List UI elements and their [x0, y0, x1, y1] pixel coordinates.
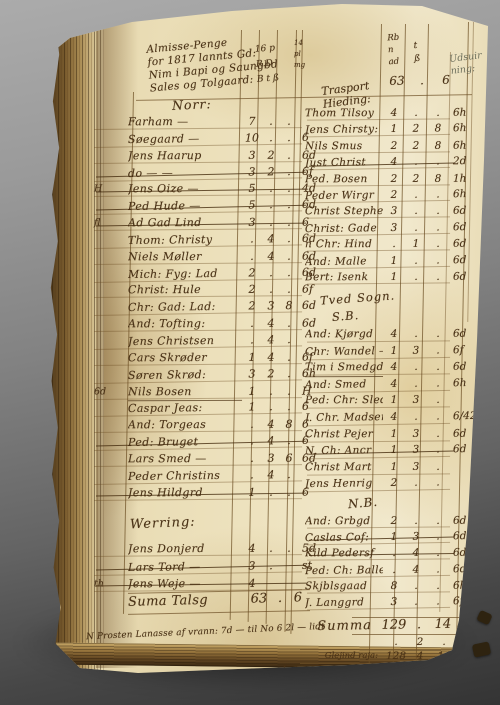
- amount-sk: .: [280, 215, 298, 232]
- entry-name: Peder Wirgr: [305, 188, 383, 205]
- amount-rbd: 2: [383, 514, 405, 530]
- margin-mark: [92, 559, 128, 577]
- amount-mark: 4: [262, 231, 280, 248]
- amount-mark: 2: [405, 139, 427, 155]
- amount-sk: .: [427, 204, 449, 220]
- ledger-row: Thom Tilsoy 4 . . 6h: [305, 106, 480, 123]
- entry-flag: [449, 459, 480, 476]
- amount-sk: [280, 556, 298, 574]
- amount-rbd: 4: [383, 377, 405, 394]
- amount-mark: 2: [410, 635, 430, 649]
- amount-mark: .: [405, 476, 427, 493]
- entry-name: Peder Christins: [128, 467, 242, 485]
- amount-sk: .: [280, 316, 298, 333]
- right-rows: Thom Tilsoy 4 . . 6h Jens Chirsty: 1 2 8…: [305, 106, 480, 286]
- amount-rbd: 1: [383, 270, 405, 286]
- section-heading-nb: N.B.: [347, 495, 378, 512]
- amount-rbd: 3: [242, 215, 262, 232]
- ledger-row: Ped Hude — 5 . . 6d: [92, 197, 332, 217]
- amount-mark: .: [405, 220, 427, 237]
- ledger-row: Caslas Cof: 1 3 . 6d: [305, 529, 480, 547]
- amount-rbd: 1: [383, 343, 405, 360]
- amount-mark: 4: [405, 546, 427, 562]
- amount-rbd: 7: [242, 114, 262, 131]
- ledger-row: Tim i Smedgd 4 . . 6d: [305, 360, 480, 377]
- amount-rbd: .: [383, 546, 405, 562]
- amount-rbd: 4: [383, 327, 405, 344]
- amount-mark: .: [411, 73, 433, 87]
- amount-rbd: 8: [383, 579, 405, 595]
- entry-flag: 6d: [449, 252, 480, 269]
- amount-mark: .: [405, 204, 427, 220]
- amount-sk: .: [427, 579, 449, 595]
- amount-mark: 2: [262, 366, 280, 383]
- ledger-row: Peder Wirgr 2 . . 6h: [305, 187, 480, 206]
- amount-rbd: .: [242, 316, 262, 333]
- amount-rbd: 1: [383, 122, 405, 139]
- amount-mark: .: [262, 197, 280, 214]
- left-rows-werring: Jens Donjerd 4 . . 5d Lars Tord — 3 . st: [92, 540, 332, 593]
- entry-flag: 6h: [449, 138, 480, 154]
- amount-sk: .: [427, 546, 449, 562]
- ledger-row: And: Kjørgd 4 . . 6d: [305, 327, 480, 344]
- amount-rbd: .: [242, 417, 262, 434]
- currency-abbrev: 16 p: [254, 41, 277, 57]
- amount-sk: .: [427, 343, 449, 360]
- margin-mark: [92, 350, 128, 367]
- entry-flag: 6d: [449, 220, 480, 237]
- amount-rbd: .: [242, 332, 262, 349]
- amount-mark: .: [405, 253, 427, 270]
- ledger-row: Caspar Jeas: 1 . . 6: [92, 399, 332, 419]
- amount-rbd: 1: [242, 484, 262, 501]
- entry-name: Lars Smed —: [128, 451, 242, 468]
- amount-sk: .: [427, 106, 449, 122]
- amount-mark: 2: [405, 171, 427, 187]
- margin-mark: [92, 435, 128, 452]
- ledger-row: Christ Stephes 3 . . 6d: [305, 204, 480, 221]
- margin-mark: [92, 540, 128, 558]
- amount-mark: .: [405, 106, 427, 122]
- ledger-row: n Chr: Hind . 1 . 6d: [305, 237, 480, 254]
- currency-column: 16 p R.D B t ß: [254, 41, 279, 87]
- ledger-row: Christ: Gade 3 . . 6d: [305, 220, 480, 239]
- amount-mark: .: [262, 282, 280, 299]
- amount-sk: .: [427, 360, 449, 377]
- amount-rbd: 63: [383, 73, 411, 87]
- entry-name: Thom Tilsoy: [305, 106, 383, 123]
- ledger-row: And: Malle 1 . . 6d: [305, 252, 480, 271]
- entry-name: Christ Mart: [305, 460, 383, 477]
- entry-flag: 6d: [449, 442, 480, 459]
- amount-rbd: 2: [383, 139, 405, 155]
- section-heading-werring: Werring:: [130, 515, 196, 533]
- ledger-row: Nils Smus 2 2 8 6h: [305, 138, 480, 155]
- currency-abbrev: B t ß: [257, 71, 280, 87]
- ledger-row: Thom: Christy . 4 . 6d: [92, 230, 332, 250]
- entry-flag: 1h: [449, 171, 480, 187]
- ledger-row: And: Smed 4 . . 6h: [305, 376, 480, 395]
- margin-mark: 6d: [92, 384, 128, 401]
- margin-mark: H: [92, 182, 128, 199]
- amount-rbd: 2: [383, 476, 405, 493]
- amount-sk: .: [427, 409, 449, 426]
- amount-rbd: 3: [242, 366, 262, 383]
- margin-mark: [92, 451, 128, 468]
- amount-mark: .: [262, 484, 280, 501]
- amount-mark: .: [262, 383, 280, 400]
- entry-name: Just Christ: [305, 155, 383, 172]
- left-rows: Farham — 7 . . Søegaard — 10 . . 6: [92, 114, 332, 501]
- amount-mark: 3: [405, 530, 427, 546]
- spacer: [92, 595, 128, 611]
- margin-mark: [92, 267, 128, 284]
- amount-rbd: 2: [242, 282, 262, 299]
- entry-name: Bert: Isenk: [305, 270, 383, 287]
- amount-mark: 4: [405, 562, 427, 578]
- ledger-row: Søren Skrød: 3 2 . 6h: [92, 365, 332, 385]
- ledger-row: fl Ad Gad Lind 3 . . 6: [92, 215, 332, 233]
- ledger-row: Jens Hildgrd 1 . . 6: [92, 484, 332, 502]
- amount-mark: 4: [262, 417, 280, 434]
- amount-rbd: 63: [246, 591, 272, 607]
- ledger-row: Ped: Chr: Sled 1 3 .: [305, 393, 480, 410]
- amount-mark: .: [405, 514, 427, 530]
- amount-mark: .: [262, 540, 280, 558]
- amount-sk: .: [427, 562, 449, 578]
- amount-mark: 1: [405, 237, 427, 253]
- right-currency-column: Rb n ad: [387, 32, 401, 69]
- currency-abbrev: 14: [294, 38, 305, 49]
- amount-rbd: 4: [242, 540, 262, 558]
- margin-mark: [92, 368, 128, 385]
- amount-mark: 4: [262, 433, 280, 450]
- entry-name: Christ: Gade: [305, 221, 383, 238]
- amount-rbd: 1: [383, 393, 405, 410]
- entry-name: Jens Donjerd: [128, 540, 242, 558]
- entry-name: Ped. Bosen: [305, 172, 383, 189]
- amount-rbd: 3: [242, 164, 262, 181]
- amount-sk: .: [427, 442, 449, 459]
- margin-mark: [92, 233, 128, 250]
- amount-mark: 2: [262, 164, 280, 181]
- ledger-row: Ped: Bruget . 4 . 6: [92, 433, 332, 453]
- amount-sk: .: [280, 433, 298, 450]
- entry-name: Jens Oize —: [128, 181, 242, 198]
- ledger-row: Jens Donjerd 4 . . 5d: [92, 540, 332, 558]
- amount-sk: .: [280, 350, 298, 367]
- entry-name: Ped: Ch: Balle: [305, 563, 383, 580]
- amount-sk: .: [427, 187, 449, 204]
- amount-mark: .: [408, 617, 430, 632]
- ledger-row: J. Chr. Madsen 4 . . 6/42: [305, 409, 480, 428]
- ledger-row: N. Ch: Ancr 1 3 . 6d: [305, 442, 480, 461]
- ledger-row: Jens Christsen . 4 .: [92, 332, 332, 352]
- ledger-row: Ped: Ch: Balle . 4 . 6d: [305, 561, 480, 579]
- amount-sk: 8: [280, 298, 298, 315]
- amount-sk: .: [427, 393, 449, 410]
- entry-flag: [449, 475, 480, 492]
- entry-flag: 6d: [449, 270, 480, 286]
- amount-rbd: 4: [242, 575, 262, 593]
- margin-mark: [92, 199, 128, 216]
- ledger-row: Chr: Gad: Lad: 2 3 8 6d: [92, 298, 332, 318]
- amount-sk: .: [280, 366, 298, 383]
- amount-mark: .: [262, 557, 280, 575]
- amount-mark: 3: [405, 393, 427, 410]
- entry-flag: 6h: [449, 121, 480, 138]
- amount-sk: 8: [427, 122, 449, 139]
- amount-mark: .: [262, 265, 280, 282]
- entry-name: Nils Smus: [305, 139, 383, 156]
- entry-name: Jens Hildgrd: [128, 484, 242, 501]
- amount-mark: 4: [262, 350, 280, 367]
- rule-line: [286, 691, 474, 692]
- amount-mark: .: [405, 579, 427, 595]
- ledger-row: Chr: Wandel — 1 3 . 6f: [305, 343, 480, 362]
- amount-sk: .: [280, 484, 298, 501]
- entry-name: J. Chr. Madsen: [305, 410, 383, 428]
- entry-flag: 6f: [449, 343, 480, 360]
- amount-rbd: 1: [242, 400, 262, 417]
- currency-column-narrow: 14 pl mg: [294, 38, 305, 71]
- ledger-row: Cars Skrøder 1 4 . 6f: [92, 349, 332, 367]
- section-heading-sb: S.B.: [332, 308, 360, 324]
- amount-rbd: 2: [242, 299, 262, 316]
- amount-rbd: 3: [242, 148, 262, 165]
- amount-sk: .: [280, 130, 298, 147]
- closing-row: . 2 .: [278, 635, 458, 649]
- amount-mark: 3: [405, 426, 427, 443]
- closing-label: [278, 635, 382, 649]
- amount-rbd: 1: [383, 443, 405, 460]
- amount-rbd: 4: [383, 410, 405, 427]
- amount-mark: 2: [262, 147, 280, 164]
- amount-rbd: 3: [383, 595, 405, 611]
- amount-sk: .: [280, 467, 298, 484]
- amount-rbd: 3: [383, 221, 405, 238]
- entry-name: And: Smed: [305, 377, 383, 395]
- amount-mark: .: [405, 270, 427, 286]
- amount-sk: .: [427, 514, 449, 530]
- amount-rbd: .: [383, 562, 405, 578]
- entry-flag: 6d: [449, 360, 480, 377]
- amount-sk: .: [280, 399, 298, 416]
- amount-rbd: 1: [242, 383, 262, 400]
- ledger-row: Christ Mart 1 3 .: [305, 459, 480, 476]
- ledger-row: Farham — 7 . .: [92, 114, 332, 132]
- amount-mark: 3: [405, 443, 427, 460]
- entry-name: Kild Pedersf: [305, 546, 383, 562]
- entry-name: Tim i Smedgd: [305, 360, 383, 377]
- amount-mark: 4: [262, 467, 280, 484]
- margin-mark: [92, 132, 128, 149]
- amount-rbd: .: [382, 635, 410, 649]
- currency-abbrev: R.D: [256, 56, 279, 72]
- amount-rbd: 10: [242, 130, 262, 147]
- amount-rbd: 1: [383, 427, 405, 444]
- entry-flag: 2d: [449, 154, 480, 171]
- ledger-row: Skjblsgaad 8 . . 6h: [305, 578, 480, 595]
- amount-sk: 6: [433, 73, 459, 87]
- entry-name: And: Torgeas: [128, 417, 242, 434]
- ledger-row: J. Langgrd 3 . . 6f: [305, 594, 480, 612]
- margin-mark: [92, 300, 128, 317]
- amount-sk: .: [427, 376, 449, 393]
- entry-flag: 6h: [449, 376, 480, 393]
- ledger-photo: Almisse-Penge for 1817 lannts Gd: Nim i …: [0, 0, 500, 705]
- margin-mark: [92, 148, 128, 165]
- entry-name: J. Langgrd: [305, 595, 383, 612]
- margin-mark: [92, 485, 128, 502]
- amount-mark: .: [405, 327, 427, 344]
- margin-mark: th: [92, 575, 128, 593]
- entry-name: Chr: Wandel —: [305, 344, 383, 362]
- ledger-row: Jens Chirsty: 1 2 8 6h: [305, 121, 480, 140]
- entry-name: Jens Chirsty:: [305, 123, 383, 140]
- ledger-row: Peder Christins . 4 .: [92, 466, 332, 486]
- amount-rbd: 5: [242, 198, 262, 215]
- entry-name: N. Ch: Ancr: [305, 443, 383, 461]
- entry-flag: 6d: [449, 327, 480, 344]
- ledger-row: Jens Haarup 3 2 . 6d: [92, 147, 332, 165]
- amount-rbd: .: [242, 231, 262, 248]
- ledger-row: And: Torgeas . 4 8 6: [92, 417, 332, 435]
- entry-name: Ad Gad Lind: [128, 215, 242, 232]
- entry-flag: 6d: [449, 561, 480, 578]
- margin-mark: fl: [92, 215, 128, 232]
- amount-sk: .: [427, 237, 449, 253]
- right-rows-tved: And: Kjørgd 4 . . 6d Chr: Wandel — 1 3 .…: [305, 327, 480, 493]
- entry-name: Caslas Cof:: [305, 530, 383, 547]
- amount-rbd: 5: [242, 181, 262, 198]
- amount-rbd: .: [242, 451, 262, 468]
- entry-name: Niels Møller: [128, 249, 242, 266]
- entry-name: Farham —: [128, 114, 242, 131]
- entry-name: Skjblsgaad: [305, 579, 383, 595]
- currency-abbrev: Rb: [387, 32, 399, 45]
- amount-rbd: 1: [242, 350, 262, 367]
- currency-abbrev: mg: [294, 60, 305, 71]
- entry-name: Ped: Bruget: [128, 434, 242, 452]
- margin-mark: [92, 334, 128, 351]
- margin-mark: [92, 249, 128, 266]
- amount-sk: .: [280, 332, 298, 349]
- amount-mark: 3: [405, 343, 427, 360]
- amount-sk: .: [427, 154, 449, 171]
- edge-mark: A.: [38, 577, 49, 590]
- ledger-row: Jens Henrig 2 . .: [305, 475, 480, 494]
- binding-clasp: [472, 641, 491, 657]
- summa-label: Summa: [300, 618, 380, 634]
- amount-sk: .: [280, 163, 298, 180]
- amount-sk: .: [280, 147, 298, 164]
- entry-name: Søegaard —: [128, 130, 242, 148]
- amount-rbd: 129: [380, 617, 408, 632]
- amount-sk: .: [427, 476, 449, 493]
- entry-name: n Chr: Hind: [305, 237, 383, 254]
- entry-name: Nils Bosen: [128, 383, 242, 400]
- ledger-row: Ped. Bosen 2 2 8 1h: [305, 171, 480, 188]
- amount-rbd: 2: [383, 188, 405, 205]
- amount-sk: .: [427, 426, 449, 443]
- right-rows-nb: And: Grbgd 2 . . 6d Caslas Cof: 1 3 . 6d…: [305, 514, 480, 611]
- entry-name: Lars Tord —: [128, 557, 242, 576]
- amount-mark: .: [262, 215, 280, 232]
- amount-sk: .: [280, 231, 298, 248]
- entry-flag: [449, 393, 480, 410]
- right-currency-column2: t ß: [413, 40, 420, 66]
- entry-name: And: Grbgd: [305, 514, 383, 530]
- amount-mark: .: [405, 595, 427, 611]
- entry-name: Christ Stephes: [305, 204, 383, 221]
- margin-mark: [92, 316, 128, 333]
- amount-mark: .: [405, 188, 427, 205]
- currency-abbrev: pl: [294, 49, 305, 60]
- amount-mark: 3: [405, 460, 427, 477]
- entry-name: Ped: Chr: Sled: [305, 393, 383, 410]
- currency-abbrev: t: [413, 40, 420, 53]
- amount-sk: .: [280, 265, 298, 282]
- entry-name: And: Tofting:: [128, 316, 242, 333]
- entry-name: Christ: Hule: [128, 282, 242, 299]
- entry-name: And: Malle: [305, 254, 383, 271]
- amount-sk: .: [280, 248, 298, 265]
- amount-sk: .: [280, 540, 298, 558]
- amount-sk: 8: [427, 171, 449, 187]
- amount-sk: .: [427, 327, 449, 344]
- amount-sk: 8: [280, 417, 298, 434]
- entry-name: Jens Henrig: [305, 476, 383, 494]
- ledger-row: Christ Pejer 1 3 . 6d: [305, 426, 480, 443]
- amount-sk: .: [427, 594, 449, 610]
- margin-mark: [92, 114, 128, 131]
- entry-name: Mich: Fyg: Lad: [128, 265, 242, 283]
- ledger-row: Kild Pedersf . 4 . 6d: [305, 546, 480, 563]
- amount-mark: 3: [262, 451, 280, 468]
- amount-sk: .: [280, 383, 298, 400]
- currency-abbrev: ad: [388, 56, 400, 69]
- amount-sk: .: [427, 253, 449, 270]
- amount-mark: .: [405, 360, 427, 377]
- amount-rbd: 1: [383, 530, 405, 546]
- ledger-row: Lars Smed — . 3 6 6d: [92, 450, 332, 468]
- entry-flag: 6d: [449, 426, 480, 443]
- amount-sk: .: [427, 220, 449, 237]
- entry-flag: 6h: [449, 578, 480, 594]
- entry-name: And: Kjørgd: [305, 327, 383, 344]
- amount-rbd: 4: [383, 106, 405, 122]
- amount-mark: 4: [262, 249, 280, 266]
- ledger-row: Bert: Isenk 1 . . 6d: [305, 270, 480, 287]
- amount-mark: 2: [405, 122, 427, 139]
- entry-name: Thom: Christy: [128, 232, 242, 250]
- amount-rbd: 3: [383, 204, 405, 220]
- amount-mark: [262, 575, 280, 593]
- entry-name: Jens Haarup: [128, 148, 242, 165]
- currency-abbrev: n: [388, 44, 400, 57]
- amount-mark: 4: [262, 316, 280, 333]
- amount-mark: .: [262, 400, 280, 417]
- amount-rbd: 3: [242, 557, 262, 575]
- amount-rbd: 4: [383, 360, 405, 377]
- currency-abbrev: ß: [414, 53, 421, 66]
- ledger-row: And: Grbgd 2 . . 6d: [305, 514, 480, 531]
- ledger-row: Niels Møller . 4 . 6d: [92, 248, 332, 266]
- amount-sk: .: [280, 282, 298, 299]
- entry-name: do — —: [128, 164, 242, 182]
- entry-flag: 6h: [449, 106, 480, 122]
